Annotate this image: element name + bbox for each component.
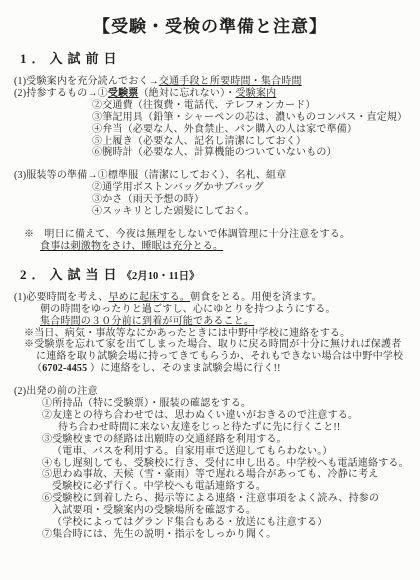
- doc-line: 食事は刺激物をさけ、睡眠は充分とる。: [6, 241, 414, 253]
- doc-line: (1)必要時間を考え、早めに起床する。朝食をとる。用便を済ます。: [6, 292, 414, 304]
- doc-line: 待ち合わせ時間に来ない友達をじっと待たずに先に行くこと!!: [6, 422, 414, 434]
- doc-line: (3)服装等の準備→①標準服（清潔にしておく）、名札、組章: [6, 170, 414, 182]
- text-segment: (1)受験案内を充分読んでおく→: [14, 76, 159, 87]
- text-segment: 交通手段と所要時間・集合時間: [159, 76, 302, 87]
- doc-line: ③筆記用具（鉛筆・シャーペンの芯は、濃いものコンパス・直定規）: [6, 112, 414, 124]
- text-segment: ⑦集合時には、先生の説明・指示をしっかり聞く。: [42, 529, 276, 540]
- text-segment: ④弁当（必要な人、外食禁止、パン購入の人は家で準備）: [92, 124, 357, 135]
- doc-line: ②通学用ボストンバッグかサブバッグ: [6, 182, 414, 194]
- text-segment: ②通学用ボストンバッグかサブバッグ: [92, 182, 264, 193]
- doc-line: ④弁当（必要な人、外食禁止、パン購入の人は家で準備）: [6, 124, 414, 136]
- doc-line: ④もし遅刻しても、受験校に行き、受付に申し出る。中学校へも電話連絡する。: [6, 458, 414, 470]
- text-segment: ④もし遅刻しても、受験校に行き、受付に申し出る。中学校へも電話連絡する。: [42, 458, 409, 469]
- text-segment: ⑥腕時計（必要な人、計算機能のついていないもの）: [92, 147, 337, 158]
- doc-line: ※ 明日に備えて、今夜は無理をしないで体調管理に十分注意をする。: [6, 229, 414, 241]
- section-heading-text: 1．入試前日: [20, 51, 122, 66]
- text-segment: ※ 明日に備えて、今夜は無理をしないで体調管理に十分注意をする。: [24, 229, 350, 240]
- text-segment: に連絡を取り試験会場に持ってきてもらうか、それもできない場合は中野中学校: [36, 351, 403, 362]
- text-segment: ⑤上履き（必要な人、記名し清潔にしておく）: [92, 136, 306, 147]
- doc-line: ※受験票を忘れて家を出てしまった場合、取りに戻る時間が十分に無ければ保護者: [6, 339, 414, 351]
- text-segment: ）に連絡をし、そのまま試験会場に行く!!: [87, 363, 280, 374]
- section-heading-date: 《2月10・11日》: [122, 271, 200, 282]
- text-segment: 受験校に必ず行く。中学校へも電話連絡する。: [52, 481, 266, 492]
- doc-line: ⑦集合時には、先生の説明・指示をしっかり聞く。: [6, 529, 414, 541]
- doc-line: 朝の時間をゆったりと過ごすし、心にゆとりを持つようにする。: [6, 304, 414, 316]
- doc-line: ③かさ（雨天予想の時）: [6, 194, 414, 206]
- text-segment: (3)服装等の準備→①標準服（清潔にしておく）、名札、組章: [14, 170, 286, 181]
- doc-line: ①所持品（特に受験票）・服装の確認をする。: [6, 398, 414, 410]
- text-segment: ②交通費（往復費・電話代、テレフォンカード）: [92, 100, 316, 111]
- text-segment: ⑥受験校に到着したら、掲示等による連絡・注意事項をよく読み、持参の: [42, 493, 379, 504]
- text-segment: 朝食をとる。用便を済ます。: [190, 292, 322, 303]
- text-segment: 入試要項・受験案内の受験場所を確認する。: [52, 505, 256, 516]
- doc-line: 入試要項・受験案内の受験場所を確認する。: [6, 505, 414, 517]
- text-segment: 受験案内: [235, 88, 276, 99]
- doc-line: ⑤思わぬ事故、天候（雪・豪雨）等で遅れる場合があっても、冷静に考え: [6, 469, 414, 481]
- text-segment: 朝の時間をゆったりと過ごすし、心にゆとりを持つようにする。: [40, 304, 336, 315]
- doc-line: ②友達との待ち合わせでは、思わぬくい違いがおきるので注意する。: [6, 410, 414, 422]
- doc-line: （学校によってはグランド集合もある・放送にも注意する）: [6, 517, 414, 529]
- doc-line: ⑥腕時計（必要な人、計算機能のついていないもの）: [6, 147, 414, 159]
- doc-line: に連絡を取り試験会場に持ってきてもらうか、それもできない場合は中野中学校: [6, 351, 414, 363]
- text-segment: 待ち合わせ時間に来ない友達をじっと待たずに先に行くこと!!: [58, 422, 340, 433]
- doc-line: （電車、バスを利用する。自家用車で送迎してもらわない。）: [6, 446, 414, 458]
- doc-line: ②交通費（往復費・電話代、テレフォンカード）: [6, 100, 414, 112]
- text-segment: ③かさ（雨天予想の時）: [92, 194, 204, 205]
- text-segment: (1)必要時間を考え、: [14, 292, 108, 303]
- document-title: 【受験・受検の準備と注意】: [6, 12, 414, 37]
- text-segment: ③筆記用具（鉛筆・シャーペンの芯は、濃いものコンパス・直定規）: [92, 112, 407, 123]
- doc-line: 受験校に必ず行く。中学校へも電話連絡する。: [6, 481, 414, 493]
- text-segment: 6702-4455: [42, 363, 87, 374]
- text-segment: (2)持参するもの→①: [14, 88, 108, 99]
- doc-line: ④スッキリとした頭髪にしておく。: [6, 206, 414, 218]
- text-segment: ⑤思わぬ事故、天候（雪・豪雨）等で遅れる場合があっても、冷静に考え: [42, 469, 379, 480]
- text-segment: ※当日、病気・事故等なにかあったときには中野中学校に連絡をする。: [24, 328, 350, 339]
- doc-line: （6702-4455 ）に連絡をし、そのまま試験会場に行く!!: [6, 363, 414, 375]
- document-page: 【受験・受検の準備と注意】 1．入試前日(1)受験案内を充分読んでおく→交通手段…: [0, 0, 420, 541]
- text-segment: 集合時間の３０分前に到着が可能であること。: [40, 316, 254, 327]
- section-heading: 1．入試前日: [20, 48, 414, 67]
- text-segment: （学校によってはグランド集合もある・放送にも注意する）: [52, 517, 327, 528]
- text-segment: ①所持品（特に受験票）・服装の確認をする。: [42, 398, 251, 409]
- doc-line: ③受験校までの経路は出願時の交通経路を利用する。: [6, 434, 414, 446]
- doc-line: ⑥受験校に到着したら、掲示等による連絡・注意事項をよく読み、持参の: [6, 493, 414, 505]
- doc-line: (2)出発の前の注意: [6, 386, 414, 398]
- doc-line: ⑤上履き（必要な人、記名し清潔にしておく）: [6, 136, 414, 148]
- text-segment: ③受験校までの経路は出願時の交通経路を利用する。: [42, 434, 287, 445]
- text-segment: （絶対に忘れない）・: [138, 88, 235, 99]
- doc-line: (2)持参するもの→①受験票（絶対に忘れない）・受験案内: [6, 88, 414, 100]
- doc-line: 集合時間の３０分前に到着が可能であること。: [6, 316, 414, 328]
- text-segment: （電車、バスを利用する。自家用車で送迎してもらわない。）: [52, 446, 333, 457]
- text-segment: 受験票: [108, 88, 139, 99]
- text-segment: ④スッキリとした頭髪にしておく。: [92, 206, 255, 217]
- section-heading: 2．入試当日《2月10・11日》: [20, 264, 414, 283]
- text-segment: 食事は刺激物をさけ、睡眠は充分とる。: [40, 241, 223, 252]
- document-body: 1．入試前日(1)受験案内を充分読んでおく→交通手段と所要時間・集合時間(2)持…: [6, 48, 414, 541]
- doc-line: (1)受験案内を充分読んでおく→交通手段と所要時間・集合時間: [6, 76, 414, 88]
- text-segment: (2)出発の前の注意: [14, 386, 98, 397]
- text-segment: ②友達との待ち合わせでは、思わぬくい違いがおきるので注意する。: [42, 410, 358, 421]
- section-heading-text: 2．入試当日: [20, 267, 122, 282]
- text-segment: （: [32, 363, 42, 374]
- text-segment: ※受験票を忘れて家を出てしまった場合、取りに戻る時間が十分に無ければ保護者: [24, 339, 401, 350]
- doc-line: ※当日、病気・事故等なにかあったときには中野中学校に連絡をする。: [6, 328, 414, 340]
- text-segment: 早めに起床する。: [108, 292, 190, 303]
